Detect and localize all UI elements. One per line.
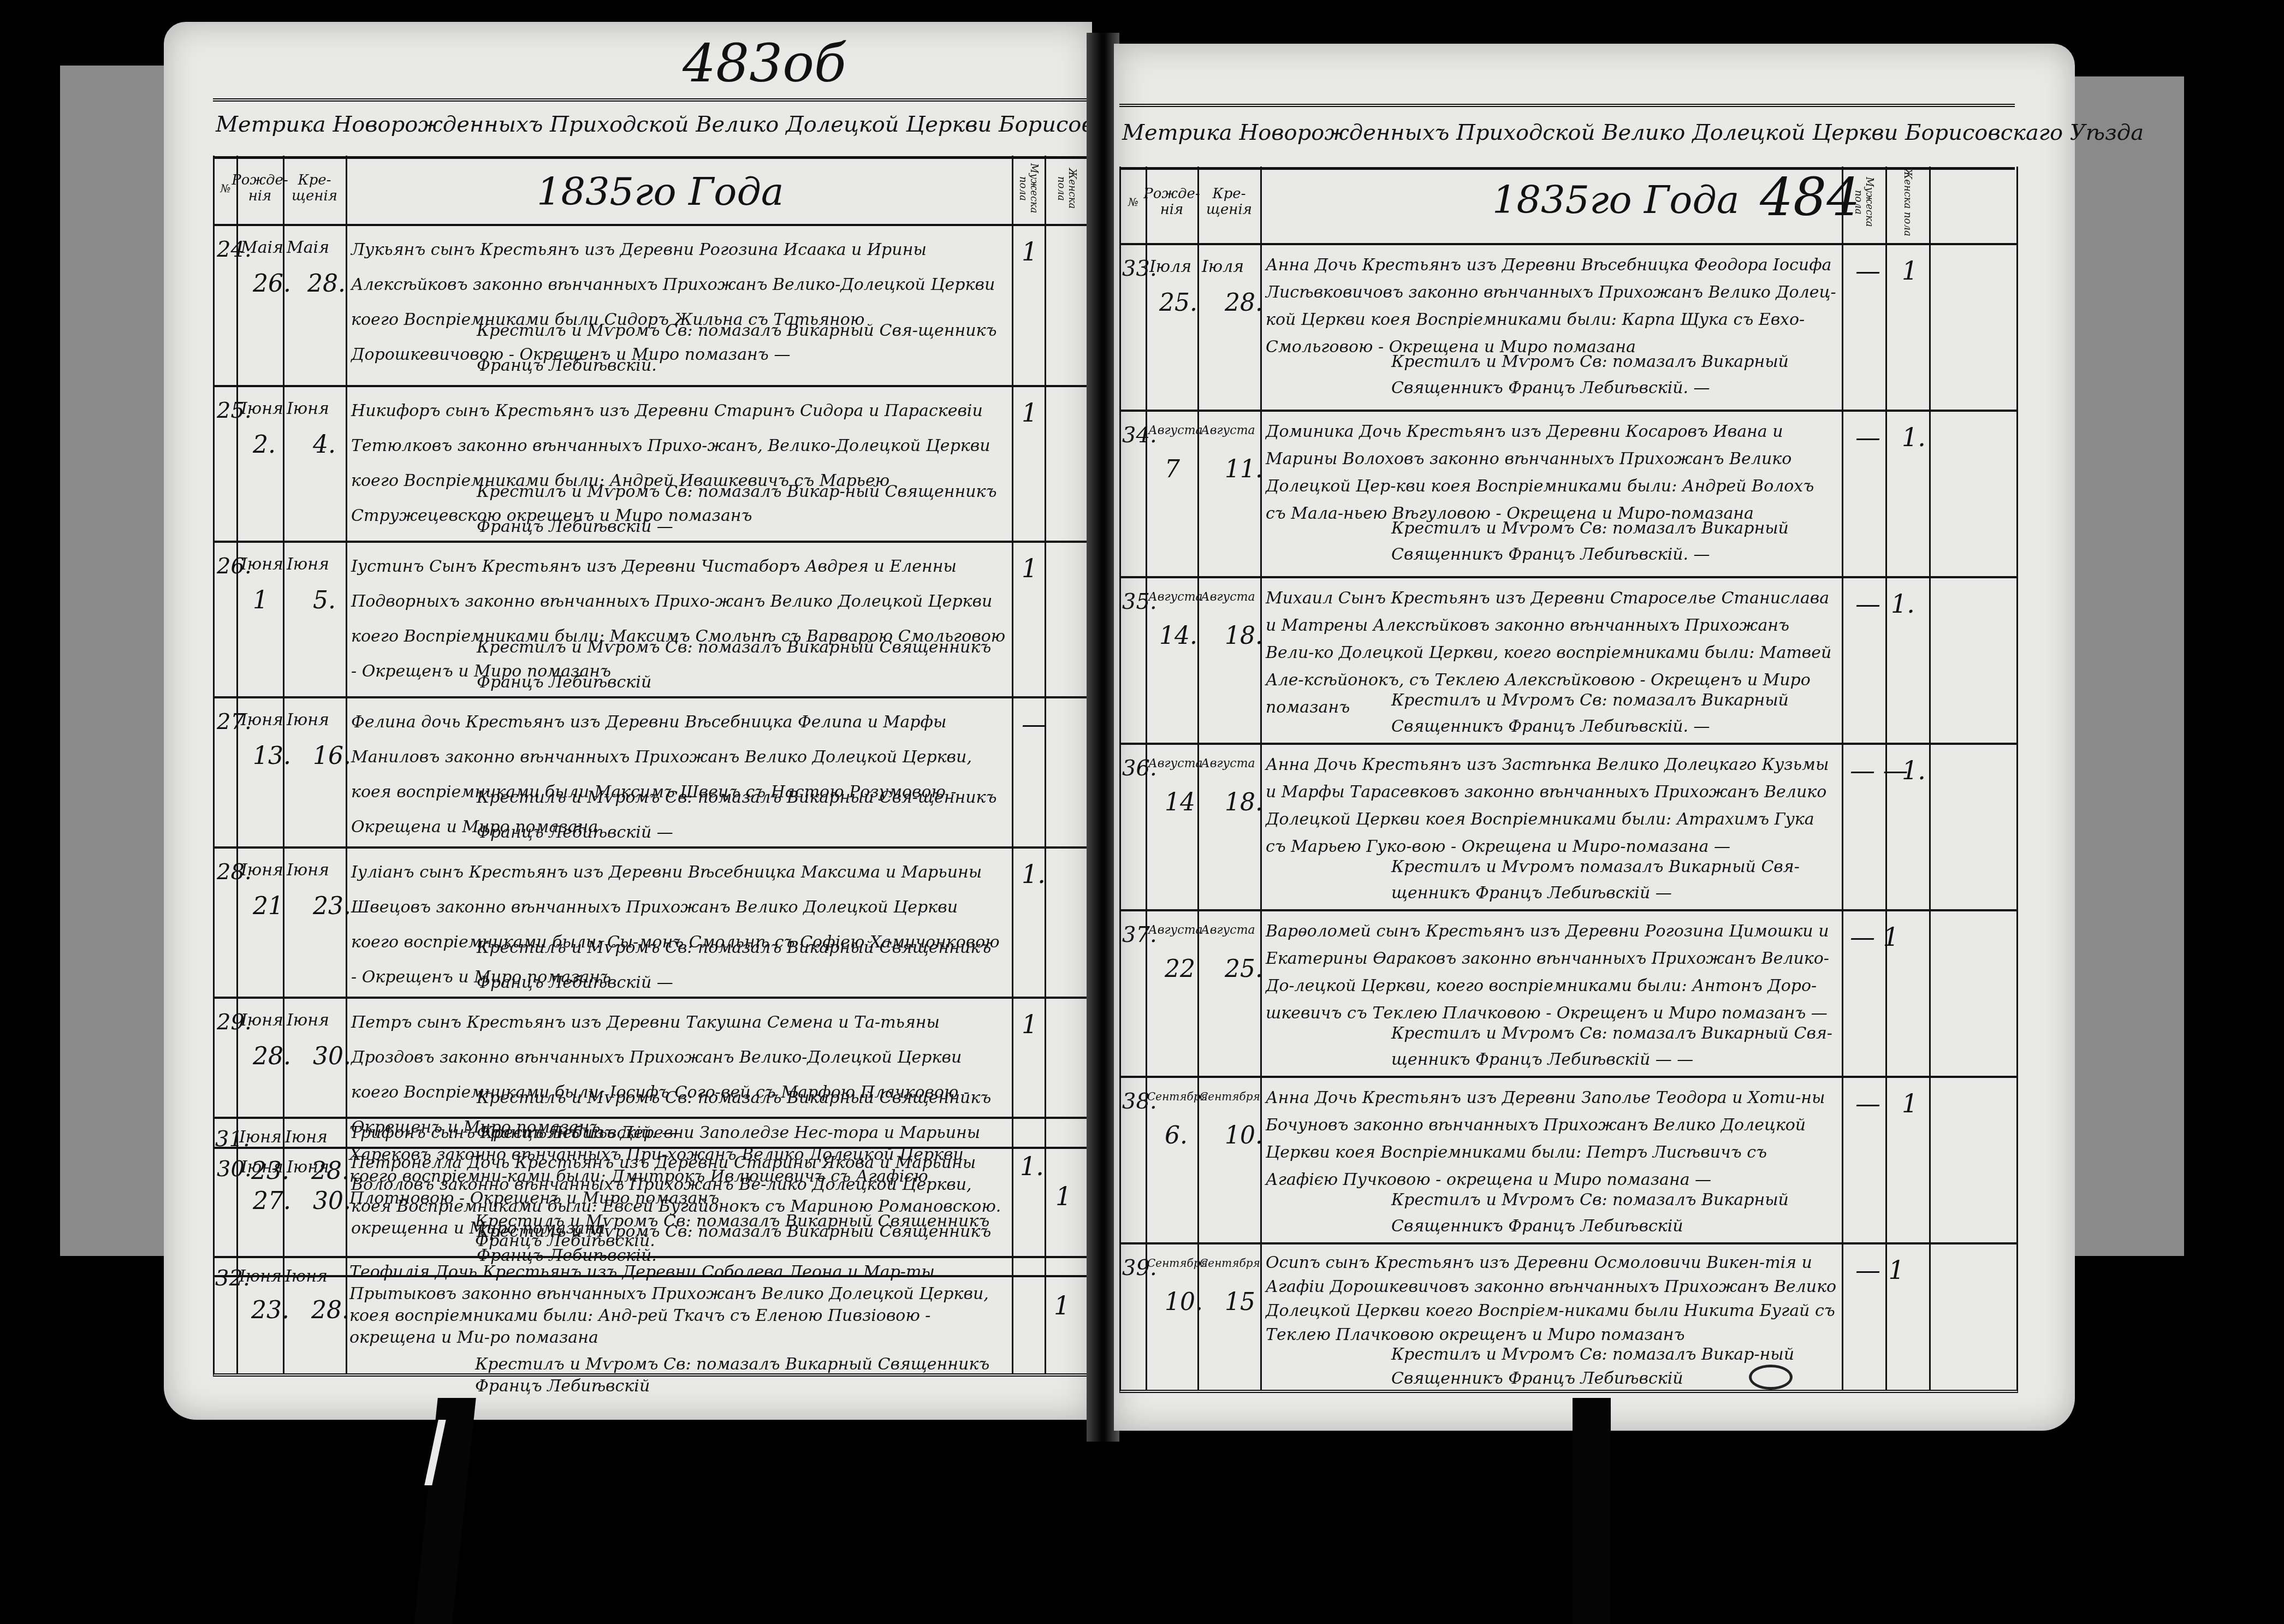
header-title-right: Метрика Новорожденныхъ Приходской Велико… [1122, 120, 2144, 145]
entry-text: Теофилія Дочь Крестьянъ изъ Деревни Собо… [349, 1261, 1005, 1349]
birth-month: Сентября [1147, 1090, 1208, 1103]
baptism-day: 28. [311, 1296, 349, 1324]
male-count: — [1855, 423, 1880, 452]
birth-day: 26. [253, 270, 291, 298]
folio-number-left: 483об [683, 33, 846, 94]
male-count: 1 [1022, 237, 1037, 266]
birth-day: 22 [1165, 955, 1195, 983]
male-count: — — [1850, 756, 1908, 785]
baptism-day: 18. [1225, 789, 1263, 816]
right-page: Метрика Новорожденныхъ Приходской Велико… [1114, 44, 2075, 1431]
baptism-day: 28. [307, 270, 346, 298]
birth-month: Августа [1148, 424, 1203, 437]
baptism-month: Іюля [1202, 257, 1244, 276]
baptism-day: 23. [313, 892, 351, 920]
register-entry: 33. Іюля 25. Іюля 28. Анна Дочь Крестьян… [1121, 243, 2016, 409]
baptism-day: 30. [313, 1042, 351, 1070]
col-header-male: Мужеска пола [1013, 156, 1043, 221]
register-entry: 27. Іюня 13. Іюня 16. Фелина дочь Кресть… [215, 696, 1088, 846]
entry-signature: Крестилъ и Мѵромъ Св: помазалъ Викарный … [351, 313, 1023, 383]
birth-day: 25. [1159, 289, 1197, 317]
col-header-baptism: Кре-щенія [284, 156, 345, 221]
register-entry: 24. Маія 26. Маія 28. Лукьянъ сынъ Крест… [215, 224, 1088, 384]
register-entry: 31. Іюня 23. Іюня 28. Трифонъ сынъ Крест… [213, 1117, 1087, 1255]
female-count: — [1022, 709, 1047, 739]
register-entry: 25. Іюня 2. Іюня 4. Никифоръ сынъ Кресть… [215, 385, 1088, 540]
entry-signature: Крестилъ и Мѵромъ Св: помазалъ Викарный … [1266, 1187, 1855, 1240]
male-count: 1. [1022, 860, 1046, 889]
register-entry: 39. Сентября 10. Сентября 15 Осипъ сынъ … [1121, 1242, 2016, 1392]
female-count: 1 [1902, 256, 1918, 286]
entry-signature: Крестилъ и Мѵромъ Св: помазалъ Викарный … [1266, 1021, 1855, 1073]
female-count: 1. [1902, 756, 1926, 785]
entry-text: Доминика Дочь Крестьянъ изъ Деревни Коса… [1266, 418, 1839, 527]
birth-day: 1 [253, 586, 268, 614]
register-entry: 35. Августа 14. Августа 18. Михаил Сынъ … [1121, 576, 2016, 742]
male-count: 1 [1022, 1010, 1037, 1039]
baptism-month: Августа [1201, 923, 1255, 937]
baptism-day: 18. [1225, 622, 1263, 650]
col-header-birth: Рожде-нія [238, 156, 282, 221]
entry-signature: Крестилъ и Мѵромъ Св: помазалъ Викар-ный… [351, 475, 1023, 544]
left-binding-clip [414, 1398, 476, 1624]
entry-text: Анна Дочь Крестьянъ изъ Деревни Вѣсебниц… [1266, 252, 1839, 361]
baptism-month: Іюня [285, 1267, 328, 1286]
register-entry: 36. Августа 14 Августа 18. Анна Дочь Кре… [1121, 743, 2016, 909]
col-header-male: Мужеска пола [1843, 167, 1884, 238]
entry-signature: Крестилъ и Мѵромъ Св: помазалъ Викарный … [1266, 687, 1855, 740]
birth-day: 23. [251, 1296, 289, 1324]
male-count: — [1855, 256, 1880, 286]
birth-month: Іюня [241, 1011, 283, 1030]
birth-month: Августа [1148, 757, 1203, 770]
birth-month: Іюня [241, 555, 283, 574]
birth-day: 2. [253, 431, 276, 459]
birth-day: 14. [1159, 622, 1197, 650]
register-entry: 34. Августа 7 Августа 11. Доминика Дочь … [1121, 410, 2016, 576]
entry-signature: Крестилъ и Мѵромъ помазалъ Викарный Свя-… [1266, 854, 1855, 906]
male-count: 1 [1022, 554, 1037, 583]
baptism-month: Августа [1201, 590, 1255, 604]
birth-month: Іюня [241, 710, 283, 730]
male-count: 1 [1022, 398, 1037, 428]
birth-month: Іюня [239, 1128, 282, 1147]
male-count: — [1855, 1089, 1880, 1118]
entry-signature: Крестилъ и Мѵромъ Св: помазалъ Викарный … [351, 780, 1023, 850]
col-header-number: № [1121, 167, 1146, 238]
baptism-month: Іюня [287, 555, 329, 574]
entry-signature: Крестилъ и Мѵромъ Св: помазалъ Викарный … [1266, 349, 1855, 401]
signature-flourish-icon [1749, 1365, 1793, 1390]
birth-day: 6. [1165, 1122, 1188, 1149]
col-header-female: Женска пола [1886, 167, 1928, 238]
baptism-day: 25. [1225, 955, 1263, 983]
birth-day: 14 [1165, 789, 1195, 816]
baptism-month: Іюня [287, 399, 329, 418]
birth-day: 28. [253, 1042, 291, 1070]
register-entry: 37. Августа 22 Августа 25. Варѳоломей сы… [1121, 909, 2016, 1075]
birth-month: Маія [241, 238, 283, 257]
baptism-month: Іюня [287, 710, 329, 730]
birth-month: Сентября [1147, 1256, 1208, 1270]
col-header-birth: Рожде-нія [1147, 167, 1197, 238]
male-count: 1. [1020, 1152, 1044, 1181]
entry-signature: Крестилъ и Мѵромъ Св: помазалъ Викарный … [349, 1354, 1021, 1397]
entry-text: Анна Дочь Крестьянъ изъ Деревни Заполье … [1266, 1084, 1839, 1194]
birth-month: Іюля [1149, 257, 1191, 276]
birth-day: 21 [253, 892, 283, 920]
female-count: 1 [1054, 1291, 1070, 1320]
register-entry: 28. Іюня 21 Іюня 23. Іуліанъ сынъ Кресть… [215, 846, 1088, 996]
baptism-month: Іюня [285, 1128, 328, 1147]
entry-text: Осипъ сынъ Крестьянъ изъ Деревни Осмолов… [1266, 1251, 1839, 1347]
year-heading-right: 1835го Года [1492, 177, 1740, 222]
year-heading-left: 1835го Года [537, 169, 784, 214]
entry-text: Варѳоломей сынъ Крестьянъ изъ Деревни Ро… [1266, 918, 1839, 1027]
male-count: — 1 [1855, 1255, 1905, 1285]
baptism-month: Августа [1201, 757, 1255, 770]
birth-month: Іюня [241, 399, 283, 418]
birth-month: Августа [1148, 923, 1203, 937]
birth-month: Августа [1148, 590, 1203, 604]
baptism-month: Маія [287, 238, 329, 257]
left-page-lower-entries: 31. Іюня 23. Іюня 28. Трифонъ сынъ Крест… [213, 1117, 1087, 1412]
entry-signature: Крестилъ и Мѵромъ Св: помазалъ Викарный … [351, 930, 1023, 1000]
col-header-baptism: Кре-щенія [1199, 167, 1259, 238]
birth-day: 23. [251, 1157, 289, 1185]
female-count: 1 [1902, 1089, 1918, 1118]
baptism-day: 4. [313, 431, 336, 459]
birth-month: Іюня [239, 1267, 282, 1286]
birth-day: 10. [1165, 1288, 1203, 1316]
baptism-month: Сентября [1200, 1090, 1260, 1103]
birth-month: Іюня [241, 861, 283, 880]
register-table-right: № Рожде-нія Кре-щенія 1835го Года 484 Му… [1119, 167, 2018, 1393]
baptism-day: 16. [313, 742, 351, 770]
birth-day: 13. [253, 742, 291, 770]
baptism-day: 28. [311, 1157, 349, 1185]
header-title-left: Метрика Новорожденныхъ Приходской Велико… [216, 112, 1237, 137]
right-binding-clip [1573, 1398, 1611, 1624]
female-count: 1. [1891, 589, 1915, 619]
register-entry: 38. Сентября 6. Сентября 10. Анна Дочь К… [1121, 1076, 2016, 1242]
male-count: — 1 [1850, 922, 1899, 952]
baptism-month: Іюня [287, 861, 329, 880]
male-count: — [1855, 589, 1880, 619]
entry-text: Анна Дочь Крестьянъ изъ Застѣнка Велико … [1266, 751, 1839, 861]
entry-text: Трифонъ сынъ Крестьянъ изъ Деревни Запол… [349, 1122, 1005, 1210]
baptism-day: 15 [1225, 1288, 1255, 1316]
baptism-month: Іюня [287, 1011, 329, 1030]
baptism-day: 11. [1225, 455, 1263, 483]
entry-signature: Крестилъ и Мѵромъ Св: помазалъ Викарный … [1266, 515, 1855, 568]
baptism-day: 28. [1225, 289, 1263, 317]
baptism-day: 5. [313, 586, 336, 614]
baptism-day: 10. [1225, 1122, 1263, 1149]
register-entry: 32. Іюня 23. Іюня 28. Теофилія Дочь Крес… [213, 1256, 1087, 1406]
baptism-month: Августа [1201, 424, 1255, 437]
female-count: 1. [1902, 423, 1926, 452]
entry-signature: Крестилъ и Мѵромъ Св: помазалъ Викарный … [351, 630, 1023, 700]
col-header-female: Женска пола [1046, 156, 1087, 221]
birth-day: 7 [1165, 455, 1180, 483]
baptism-month: Сентября [1200, 1256, 1260, 1270]
entry-signature: Крестилъ и Мѵромъ Св: помазалъ Викарный … [349, 1212, 1021, 1251]
register-entry: 26. Іюня 1 Іюня 5. Іустинъ Сынъ Крестьян… [215, 541, 1088, 696]
